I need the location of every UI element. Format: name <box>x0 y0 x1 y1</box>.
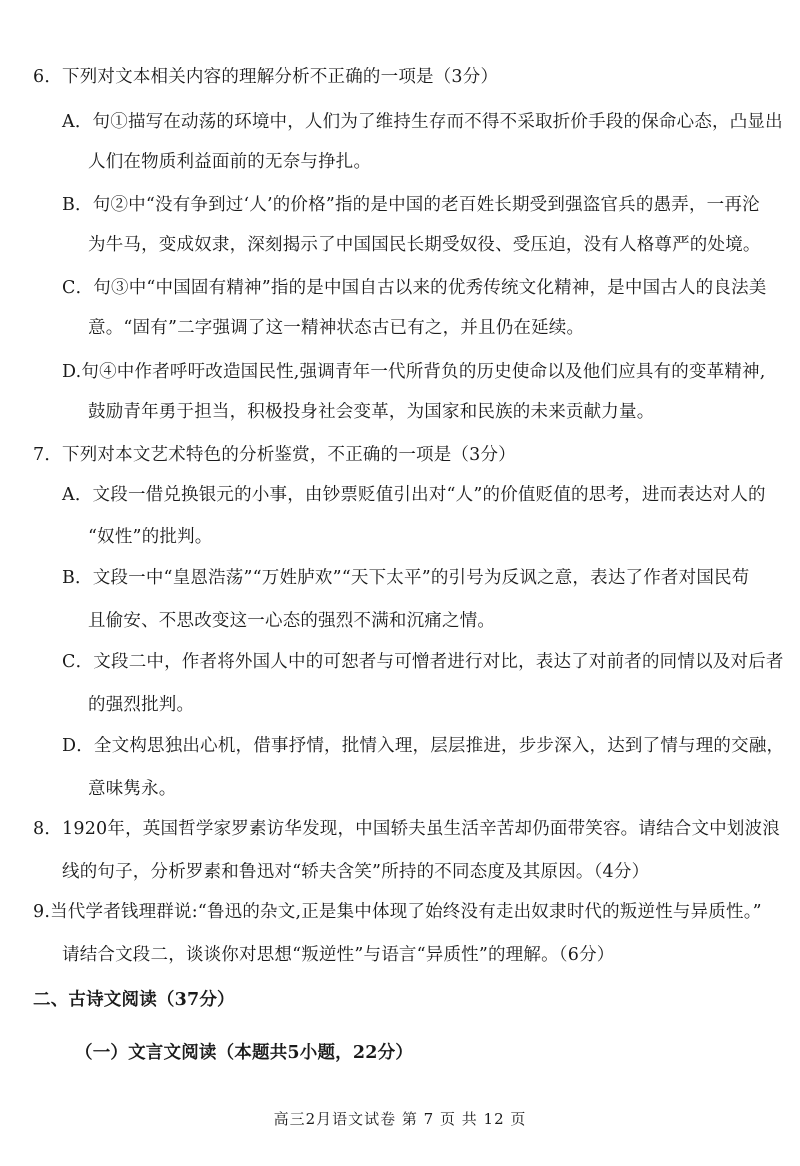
page-footer: 高三2月语文试卷 第 7 页 共 12 页 <box>0 1108 800 1129</box>
q7-option-a-line2: “奴性”的批判。 <box>88 526 213 548</box>
question-8-line2: 线的句子，分析罗素和鲁迅对“轿夫含笑”所持的不同态度及其原因。（4分） <box>62 861 649 883</box>
question-9-line1: 9.当代学者钱理群说:“鲁迅的杂文,正是集中体现了始终没有走出奴隶时代的叛逆性与… <box>33 901 762 923</box>
q6-option-b-line1: B．句②中“没有争到过‘人’的价格”指的是中国的老百姓长期受到强盗官兵的愚弄，一… <box>62 194 760 216</box>
q7-option-d-line1: D．全文构思独出心机，借事抒情，批情入理，层层推进，步步深入，达到了情与理的交融… <box>62 735 784 757</box>
q6-option-a-line1: A．句①描写在动荡的环境中，人们为了维持生存而不得不采取折价手段的保命心态，凸显… <box>62 111 783 133</box>
section-title: 二、古诗文阅读（37分） <box>33 989 235 1011</box>
q6-option-a-line2: 人们在物质利益面前的无奈与挣扎。 <box>88 151 371 173</box>
question-9-line2: 请结合文段二，谈谈你对思想“叛逆性”与语言“异质性”的理解。（6分） <box>62 944 614 966</box>
q6-option-b-line2: 为牛马，变成奴隶，深刻揭示了中国国民长期受奴役、受压迫，没有人格尊严的处境。 <box>88 234 761 256</box>
question-7-stem: 7．下列对本文艺术特色的分析鉴赏，不正确的一项是（3分） <box>33 444 516 466</box>
q6-option-d-line2: 鼓励青年勇于担当，积极投身社会变革，为国家和民族的未来贡献力量。 <box>88 401 654 423</box>
q7-option-c-line1: C．文段二中，作者将外国人中的可恕者与可憎者进行对比，表达了对前者的同情以及对后… <box>62 651 784 673</box>
q6-option-c-line2: 意。“固有”二字强调了这一精神状态古已有之，并且仍在延续。 <box>88 317 584 339</box>
q6-option-c-line1: C．句③中“中国固有精神”指的是中国自古以来的优秀传统文化精神，是中国古人的良法… <box>62 277 766 299</box>
q7-option-b-line1: B．文段一中“皇恩浩荡”“万姓胪欢”“天下太平”的引号为反讽之意，表达了作者对国… <box>62 567 749 589</box>
q6-option-d-line1: D.句④中作者呼吁改造国民性,强调青年一代所背负的历史使命以及他们应具有的变革精… <box>62 361 766 383</box>
q7-option-c-line2: 的强烈批判。 <box>88 694 194 716</box>
q7-option-d-line2: 意味隽永。 <box>88 778 177 800</box>
subsection-title: （一）文言文阅读（本题共5小题，22分） <box>75 1042 413 1064</box>
q7-option-b-line2: 且偷安、不思改变这一心态的强烈不满和沉痛之情。 <box>88 610 495 632</box>
question-8-line1: 8．1920年，英国哲学家罗素访华发现，中国轿夫虽生活辛苦却仍面带笑容。请结合文… <box>33 818 780 840</box>
question-6-stem: 6．下列对文本相关内容的理解分析不正确的一项是（3分） <box>33 66 498 88</box>
q7-option-a-line1: A．文段一借兑换银元的小事，由钞票贬值引出对“人”的价值贬值的思考，进而表达对人… <box>62 484 766 506</box>
